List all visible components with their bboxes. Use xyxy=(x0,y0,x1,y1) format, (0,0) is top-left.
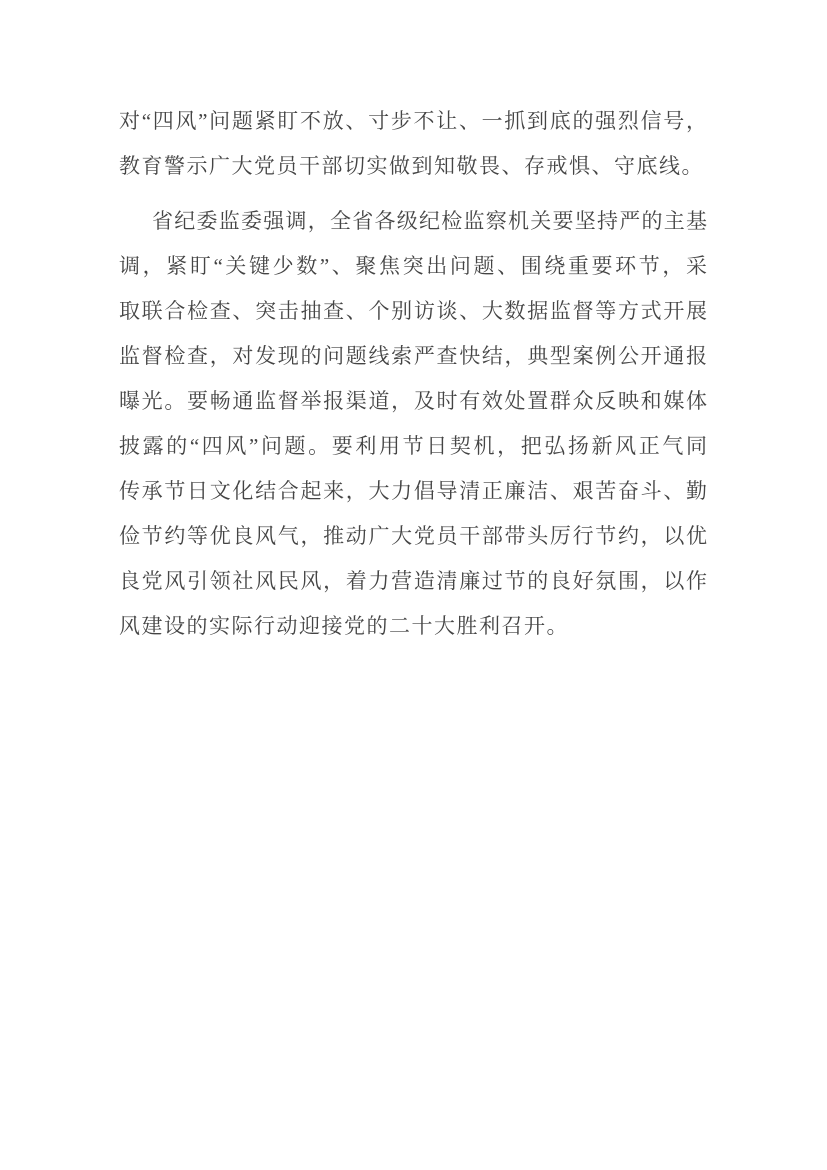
paragraph: 省纪委监委强调，全省各级纪检监察机关要坚持严的主基调，紧盯“关键少数”、聚焦突出… xyxy=(119,199,707,649)
text-line: 监督检查，对发现的问题线索严查快结，典型案例公开通报 xyxy=(119,334,707,379)
paragraph: 对“四风”问题紧盯不放、寸步不让、一抓到底的强烈信号，教育警示广大党员干部切实做… xyxy=(119,99,707,189)
text-line: 传承节日文化结合起来，大力倡导清正廉洁、艰苦奋斗、勤 xyxy=(119,469,707,514)
document-page: 对“四风”问题紧盯不放、寸步不让、一抓到底的强烈信号，教育警示广大党员干部切实做… xyxy=(0,0,827,1170)
text-line: 风建设的实际行动迎接党的二十大胜利召开。 xyxy=(119,604,707,649)
text-line: 取联合检查、突击抽查、个别访谈、大数据监督等方式开展 xyxy=(119,289,707,334)
text-line: 省纪委监委强调，全省各级纪检监察机关要坚持严的主基 xyxy=(119,199,707,244)
text-line: 教育警示广大党员干部切实做到知敬畏、存戒惧、守底线。 xyxy=(119,144,707,189)
text-line: 披露的“四风”问题。要利用节日契机，把弘扬新风正气同 xyxy=(119,424,707,469)
text-line: 曝光。要畅通监督举报渠道，及时有效处置群众反映和媒体 xyxy=(119,379,707,424)
text-line: 俭节约等优良风气，推动广大党员干部带头厉行节约，以优 xyxy=(119,514,707,559)
document-text-block: 对“四风”问题紧盯不放、寸步不让、一抓到底的强烈信号，教育警示广大党员干部切实做… xyxy=(119,99,707,649)
text-line: 良党风引领社风民风，着力营造清廉过节的良好氛围，以作 xyxy=(119,559,707,604)
text-line: 对“四风”问题紧盯不放、寸步不让、一抓到底的强烈信号， xyxy=(119,99,707,144)
text-line: 调，紧盯“关键少数”、聚焦突出问题、围绕重要环节，采 xyxy=(119,244,707,289)
